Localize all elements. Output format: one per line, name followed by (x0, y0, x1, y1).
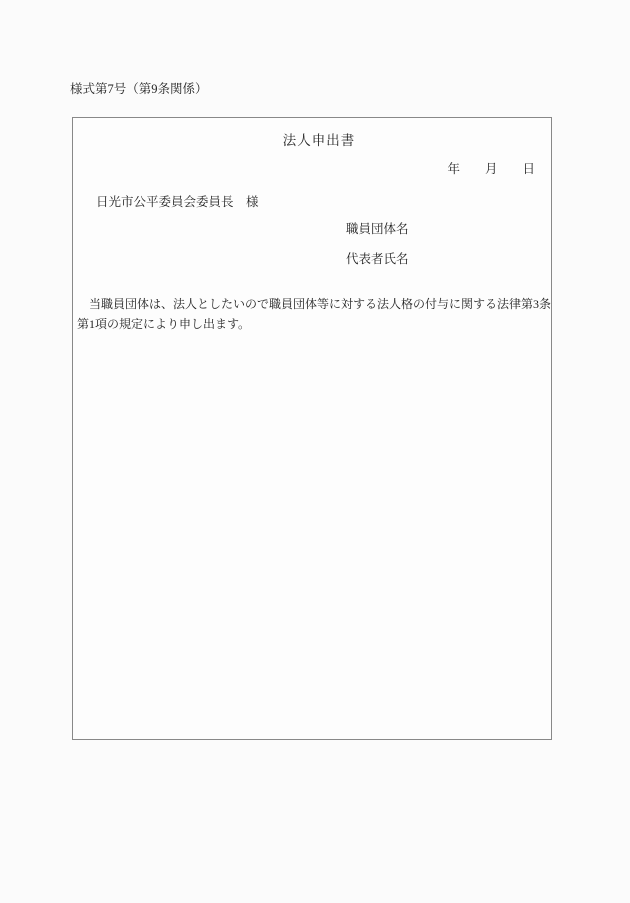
org-name-label: 職員団体名 (346, 222, 409, 238)
form-number-label: 様式第7号（第9条関係） (70, 82, 208, 98)
representative-name-label: 代表者氏名 (346, 252, 409, 268)
body-line-1: 当職員団体は、法人としたいので職員団体等に対する法人格の付与に関する法律第3条 (77, 294, 549, 314)
body-paragraph: 当職員団体は、法人としたいので職員団体等に対する法人格の付与に関する法律第3条 … (77, 294, 549, 334)
body-line-2: 第1項の規定により申し出ます。 (77, 314, 549, 334)
date-line: 年 月 日 (447, 162, 535, 178)
document-page: 様式第7号（第9条関係） 法人申出書 年 月 日 日光市公平委員会委員長 様 職… (0, 0, 630, 903)
document-title: 法人申出書 (80, 133, 558, 150)
form-border-box: 法人申出書 年 月 日 日光市公平委員会委員長 様 職員団体名 代表者氏名 当職… (72, 117, 552, 740)
addressee-line: 日光市公平委員会委員長 様 (96, 195, 259, 211)
